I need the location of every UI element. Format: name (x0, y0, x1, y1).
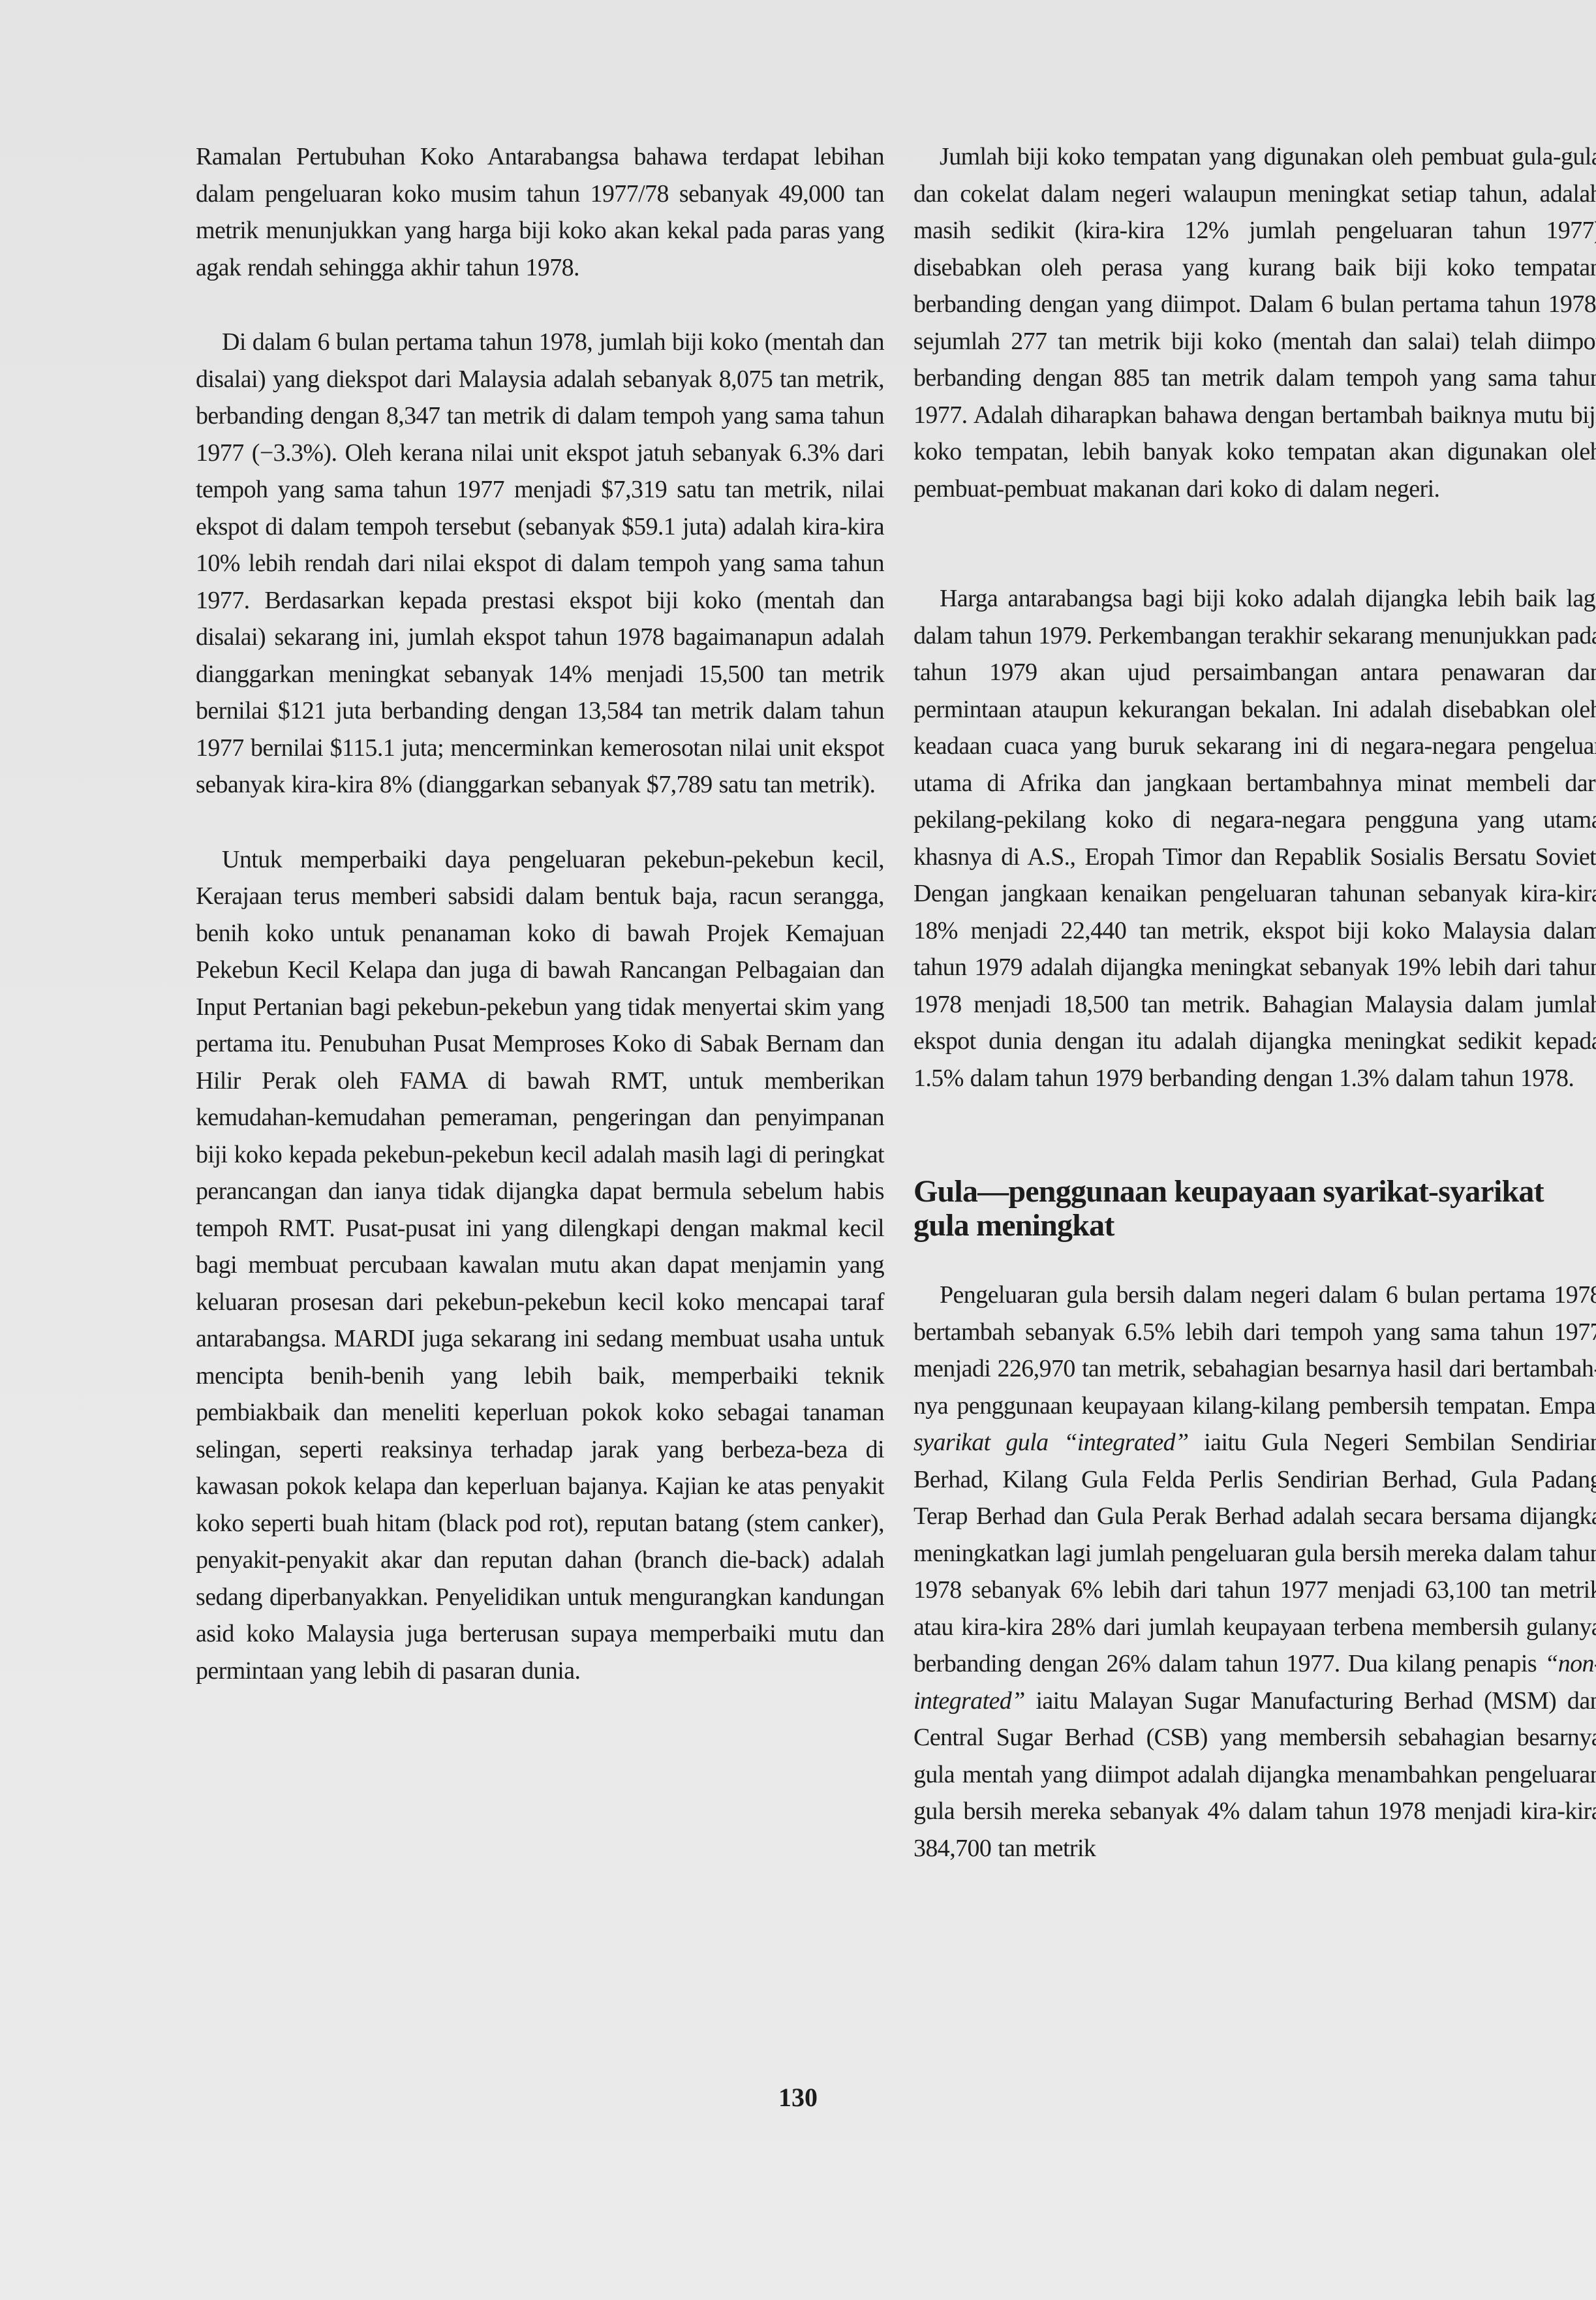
paragraph-cocoa-exports: Di dalam 6 bulan pertama tahun 1978, jum… (196, 324, 884, 803)
section-spacer (913, 1243, 1596, 1277)
left-column: Ramalan Pertubuhan Koko Antarabangsa bah… (196, 138, 884, 1689)
section-heading-sugar: Gula—penggunaan keupayaan syarikat-syari… (913, 1175, 1596, 1243)
sugar-text-part-1: Pengeluaran gula bersih dalam negeri dal… (913, 1281, 1596, 1420)
paragraph-sugar-production: Pengeluaran gula bersih dalam negeri dal… (913, 1277, 1596, 1867)
paragraph-spacer (913, 507, 1596, 580)
paragraph-international-price-outlook: Harga antarabangsa bagi biji koko adalah… (913, 580, 1596, 1096)
paragraph-local-cocoa-usage: Jumlah biji koko tempatan yang digunakan… (913, 138, 1596, 507)
page-number: 130 (0, 2082, 1596, 2113)
paragraph-spacer (196, 286, 884, 324)
paragraph-cocoa-price-forecast: Ramalan Pertubuhan Koko Antarabangsa bah… (196, 138, 884, 286)
paragraph-spacer (196, 803, 884, 841)
document-page: Ramalan Pertubuhan Koko Antarabangsa bah… (0, 0, 1596, 2300)
paragraph-smallholder-support: Untuk memperbaiki daya pengeluaran pekeb… (196, 841, 884, 1690)
sugar-text-part-2: iaitu Gula Negeri Sembilan Sendirian Ber… (913, 1429, 1596, 1677)
right-column: Jumlah biji koko tempatan yang digunakan… (913, 138, 1596, 1867)
sugar-text-italic-integrated: syarikat gula “integrated” (913, 1429, 1189, 1456)
section-spacer (913, 1096, 1596, 1175)
